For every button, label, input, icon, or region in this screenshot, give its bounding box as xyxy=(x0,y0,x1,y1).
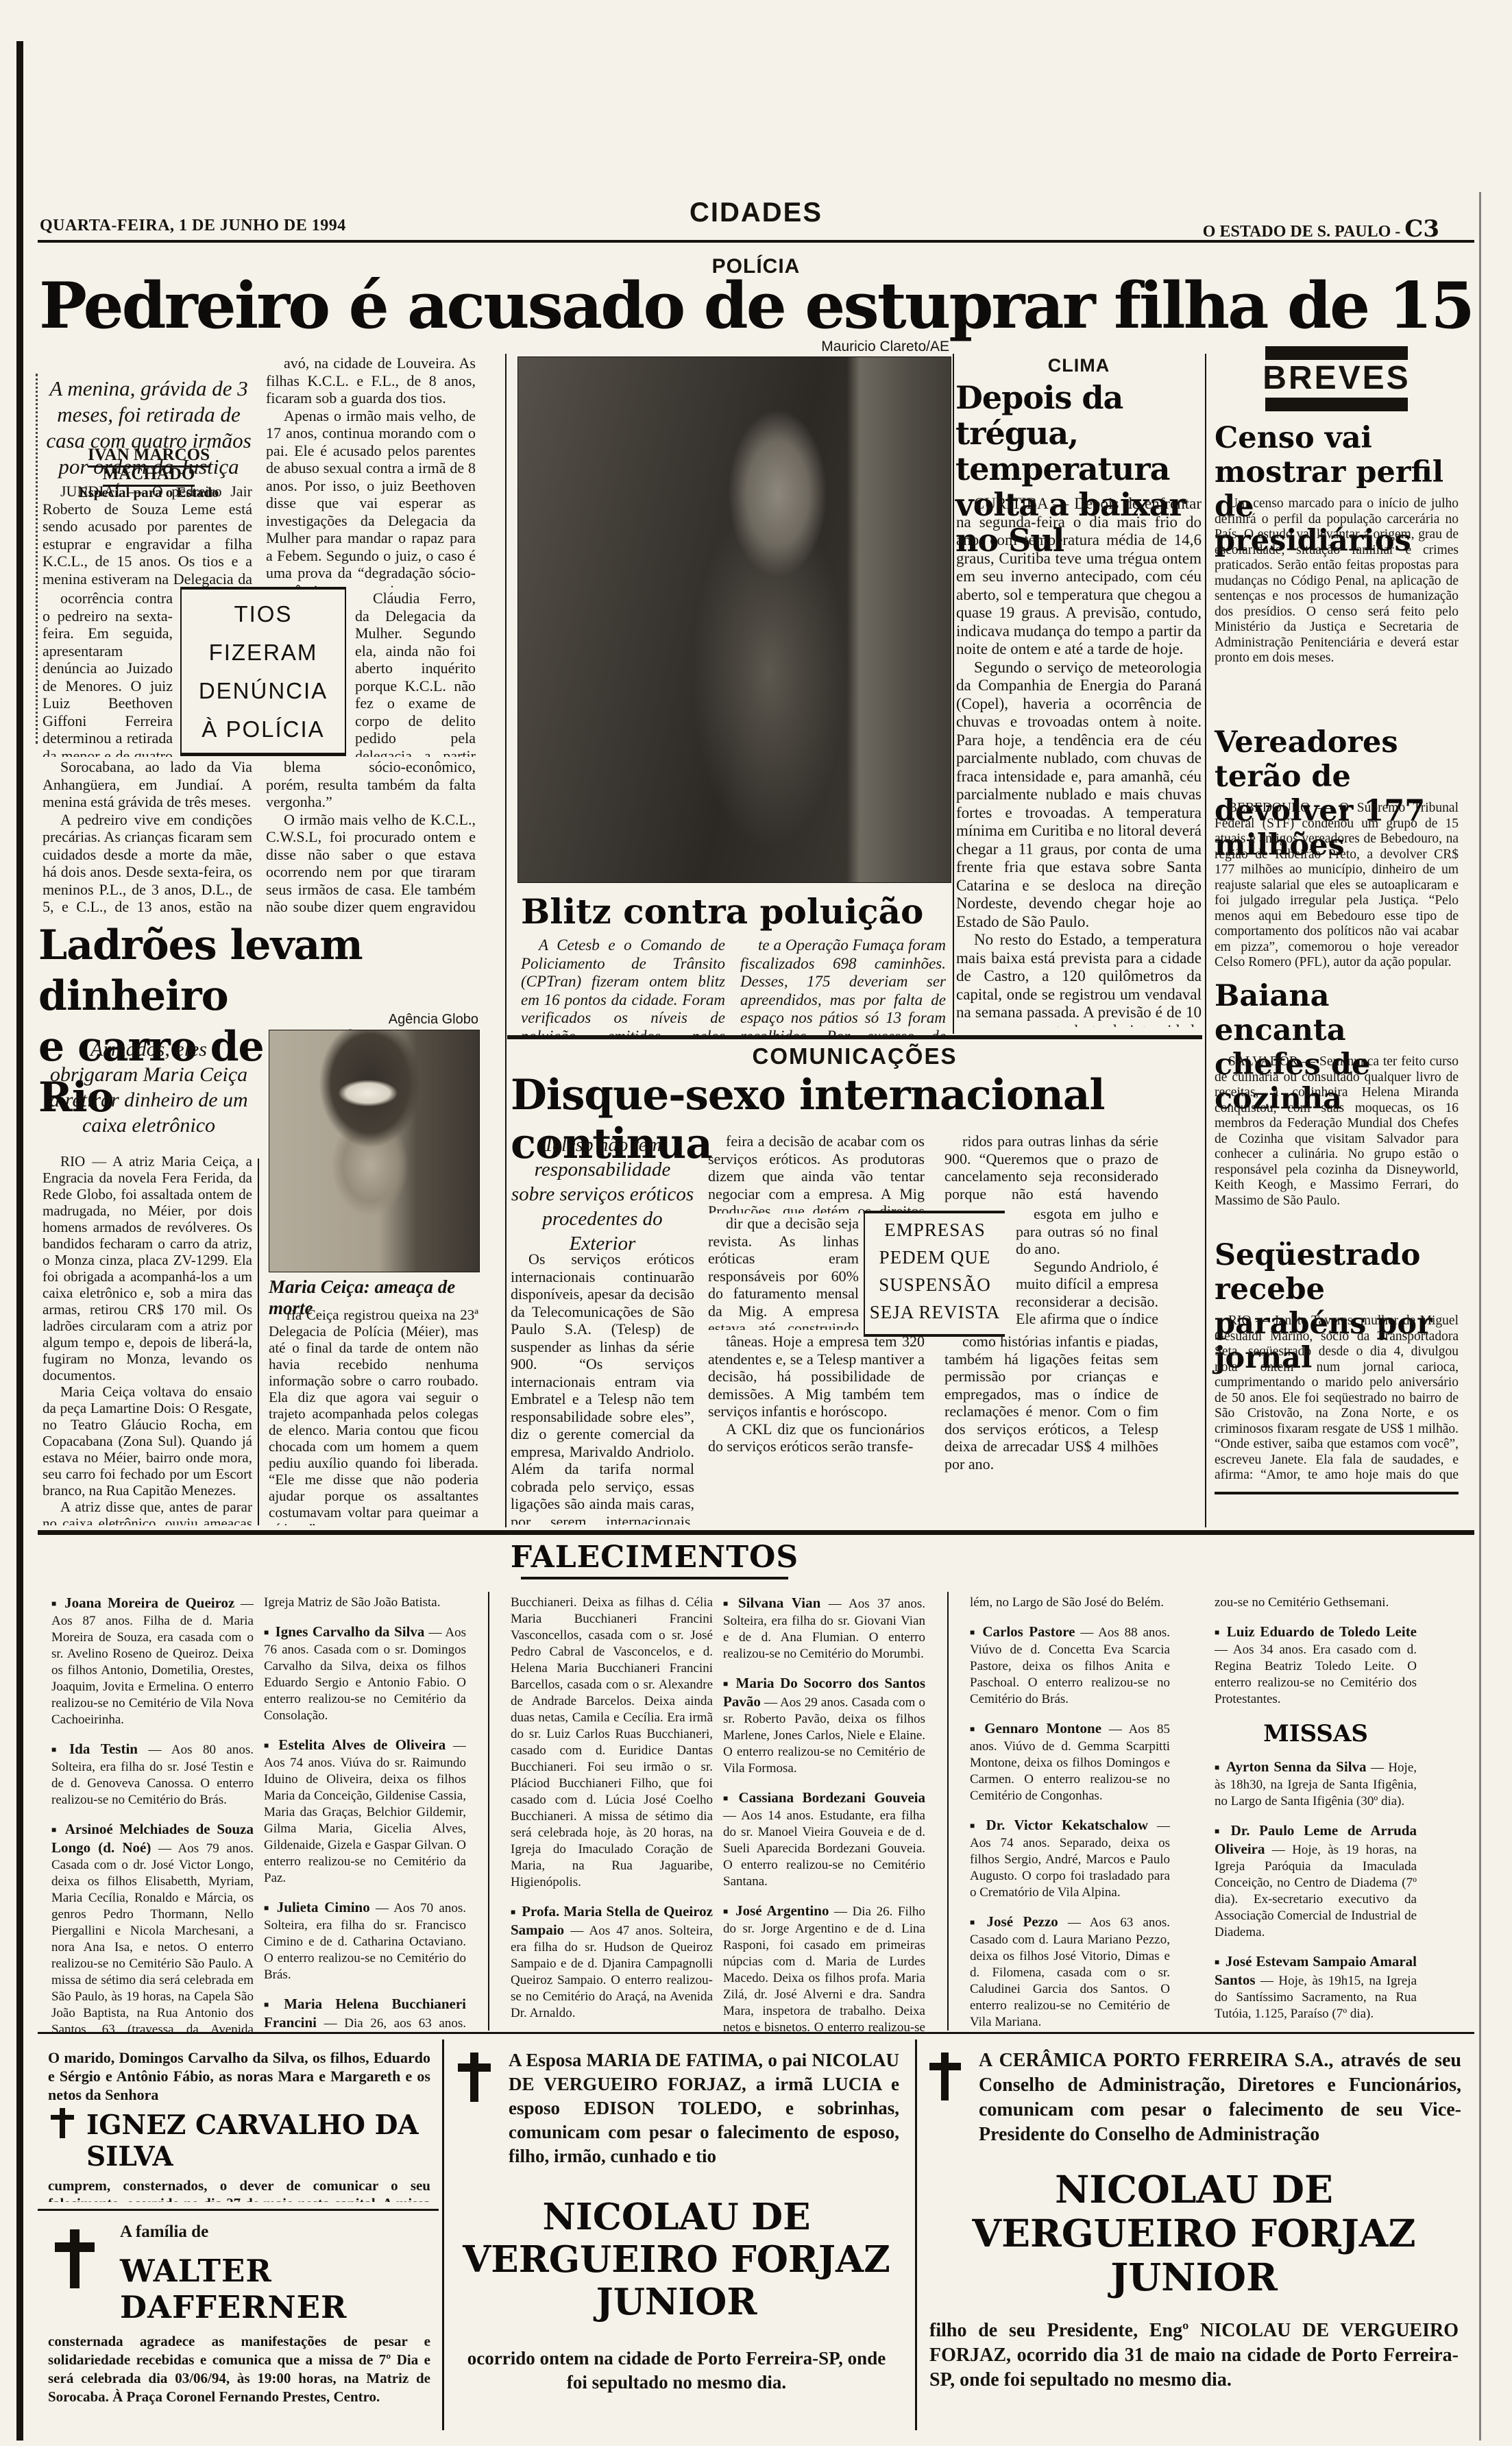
notice-ceramica: A CERÂMICA PORTO FERREIRA S.A., através … xyxy=(927,2048,1461,2427)
disque-col3-narrow: esgota em julho e para outras só no fina… xyxy=(1016,1205,1158,1330)
paragraph: Cláudia Ferro, da Delegacia da Mulher. S… xyxy=(355,590,476,757)
paragraph: CURITIBA — Depois de enfrentar na segund… xyxy=(956,495,1202,659)
ladroes-col2: ria Ceiça registrou queixa na 23ª Delega… xyxy=(269,1307,478,1525)
obituary-text: — Aos 34 anos. Era casado com d. Regina … xyxy=(1215,1643,1417,1706)
paragraph: RIO — Janete Tavares, mulher de Miguel G… xyxy=(1215,1313,1459,1482)
notice-walter: A família de WALTER DAFFERNER consternad… xyxy=(48,2221,430,2427)
pullquote-line: SEJA REVISTA xyxy=(865,1298,1005,1326)
obit-col2: Igreja Matriz de São João Batista.Ignes … xyxy=(264,1595,466,2033)
paragraph: Apenas o irmão mais velho, de 17 anos, c… xyxy=(266,407,476,589)
paragraph: como histórias infantis e piadas, também… xyxy=(944,1333,1158,1473)
paragraph: Segundo Andriolo, é muito difícil a empr… xyxy=(1016,1258,1158,1331)
cross-icon xyxy=(55,2229,95,2288)
paragraph: tâneas. Hoje a empresa tem 320 atendente… xyxy=(708,1333,925,1420)
paragraph: avó, na cidade de Louveira. As filhas K.… xyxy=(266,354,476,407)
notice-forjaz: A Esposa MARIA DE FATIMA, o pai NICOLAU … xyxy=(454,2048,899,2427)
missas-title: MISSAS xyxy=(1215,1720,1417,1747)
missa-item: Dr. Paulo Leme de Arruda Oliveira — Hoje… xyxy=(1215,1822,1417,1941)
pullquote-line: PEDEM QUE xyxy=(865,1244,1005,1271)
paragraph: O irmão mais velho de K.C.L., C.W.S.L, f… xyxy=(266,811,476,915)
obituary-text: — Aos 14 anos. Estudante, era filha do s… xyxy=(723,1808,925,1889)
ladroes-col1: RIO — A atriz Maria Ceiça, a Engracia da… xyxy=(42,1153,252,1525)
bullet-icon xyxy=(1215,1955,1226,1970)
paragraph: Maria Ceiça voltava do ensaio da peça La… xyxy=(42,1383,252,1499)
bullet-icon xyxy=(970,1625,982,1640)
notice-ignez: O marido, Domingos Carvalho da Silva, os… xyxy=(48,2048,430,2202)
paragraph: JUNDIAÍ — O pedreiro Jair Roberto de Sou… xyxy=(42,483,252,590)
bullet-icon xyxy=(1215,1625,1227,1640)
missas-list: Ayrton Senna da Silva — Hoje, às 18h30, … xyxy=(1215,1758,1417,2033)
missa-item: Ayrton Senna da Silva — Hoje, às 18h30, … xyxy=(1215,1758,1417,1810)
paragraph: RIO — A atriz Maria Ceiça, a Engracia da… xyxy=(42,1153,252,1383)
falecimentos-title-underline xyxy=(521,1577,788,1579)
obituary-item: José Pezzo — Aos 63 anos. Casado com d. … xyxy=(970,1913,1170,2031)
obituary-item: Carlos Pastore — Aos 88 anos. Viúvo de d… xyxy=(970,1623,1170,1708)
paragraph: BEBEDOURO — O Supremo Tribunal Federal (… xyxy=(1215,801,1459,971)
obituary-name: Estelita Alves de Oliveira xyxy=(278,1736,446,1753)
notice-divider-v xyxy=(915,2039,917,2430)
article-col1-narrow: ocorrência contra o pedreiro na sexta-fe… xyxy=(42,590,173,757)
bullet-icon xyxy=(264,1901,277,1915)
falecimentos-top-rule xyxy=(38,1530,1474,1535)
bullet-icon xyxy=(970,1722,984,1736)
paragraph: A atriz disse que, antes de parar no cai… xyxy=(42,1499,252,1525)
ladroes-photo-credit: Agência Globo xyxy=(302,1012,478,1028)
article-col1-b: Sorocabana, ao lado da Via Anhangüera, e… xyxy=(42,758,252,915)
notice-divider-h xyxy=(38,2209,439,2211)
obituary-text: — Aos 87 anos. Filha de d. Maria Moreira… xyxy=(51,1597,254,1727)
obituary-name: Julieta Cimino xyxy=(277,1899,370,1915)
notice-name: WALTER DAFFERNER xyxy=(120,2253,430,2325)
ladroes-headline-line1: Ladrões levam dinheiro xyxy=(38,921,363,1020)
article-col2-a: avó, na cidade de Louveira. As filhas K.… xyxy=(266,354,476,588)
header-rule xyxy=(38,240,1474,243)
clima-body: CURITIBA — Depois de enfrentar na segund… xyxy=(956,495,1202,1027)
pullquote-line: SUSPENSÃO xyxy=(865,1271,1005,1298)
obit-column-rule xyxy=(488,1592,489,2031)
paper-name-text: O ESTADO DE S. PAULO - xyxy=(1203,223,1400,241)
notice-name: NICOLAU DE VERGUEIRO FORJAZ JUNIOR xyxy=(454,2196,899,2323)
disque-col3-b: como histórias infantis e piadas, também… xyxy=(944,1333,1158,1525)
newspaper-page: QUARTA-FEIRA, 1 DE JUNHO DE 1994 CIDADES… xyxy=(0,0,1512,2446)
bullet-icon xyxy=(51,1743,69,1757)
article-col2-narrow: Cláudia Ferro, da Delegacia da Mulher. S… xyxy=(355,590,476,757)
obituary-item: Ignes Carvalho da Silva — Aos 76 anos. C… xyxy=(264,1623,466,1724)
paragraph: No resto do Estado, a temperatura mais b… xyxy=(956,931,1202,1027)
obituary-item: Igreja Matriz de São João Batista. xyxy=(264,1595,466,1611)
obituary-item: Bucchianeri. Deixa as filhas d. Célia Ma… xyxy=(511,1595,713,1891)
blitz-col2: te a Operação Fumaça foram fiscalizados … xyxy=(740,936,946,1037)
obituary-item: Maria Helena Bucchianeri Francini — Dia … xyxy=(264,1996,466,2033)
breves-bar-top xyxy=(1265,346,1408,360)
paragraph: Os serviços eróticos internacionais cont… xyxy=(511,1250,694,1525)
bullet-icon xyxy=(51,1823,65,1837)
ladroes-photo xyxy=(269,1030,480,1272)
obituary-item: Silvana Vian — Aos 37 anos. Solteira, er… xyxy=(723,1595,925,1662)
paragraph: Um censo marcado para o início de julho … xyxy=(1215,496,1459,666)
obituary-text: Igreja Matriz de São João Batista. xyxy=(264,1595,440,1610)
obituary-text: — Aos 76 anos. Casada com o sr. Domingos… xyxy=(264,1625,466,1723)
breves-item3-body: SALVADOR — Sem nunca ter feito curso de … xyxy=(1215,1054,1459,1234)
bullet-icon xyxy=(511,1905,522,1920)
breves-item4-body: RIO — Janete Tavares, mulher de Miguel G… xyxy=(1215,1313,1459,1482)
notice-intro: A CERÂMICA PORTO FERREIRA S.A., através … xyxy=(979,2048,1461,2147)
disque-col3-a: ridos para outras linhas da série 900. “… xyxy=(944,1133,1158,1202)
obituary-text: — Dia 26. Filho do sr. Jorge Argentino e… xyxy=(723,1904,925,2033)
obituary-name: Ida Testin xyxy=(69,1741,138,1757)
obituary-item: Dr. Victor Kekatschalow — Aos 74 anos. S… xyxy=(970,1817,1170,1901)
missa-text: — Hoje, às 19 horas, na Igreja Paróquia … xyxy=(1215,1843,1417,1939)
obit-col4: Silvana Vian — Aos 37 anos. Solteira, er… xyxy=(723,1595,925,2033)
cross-icon xyxy=(929,2053,961,2100)
obituary-name: Carlos Pastore xyxy=(982,1623,1075,1640)
clima-kicker: CLIMA xyxy=(956,355,1202,376)
obit-col3: Bucchianeri. Deixa as filhas d. Célia Ma… xyxy=(511,1595,713,2033)
cross-icon xyxy=(458,2053,491,2102)
breves-item1-body: Um censo marcado para o início de julho … xyxy=(1215,496,1459,699)
pullquote-line: À POLÍCIA xyxy=(182,710,345,749)
breves-item2-body: BEBEDOURO — O Supremo Tribunal Federal (… xyxy=(1215,801,1459,976)
obituary-name: Luiz Eduardo de Toledo Leite xyxy=(1227,1623,1417,1640)
obituary-item: lém, no Largo de São José do Belém. xyxy=(970,1595,1170,1611)
paragraph: te a Operação Fumaça foram fiscalizados … xyxy=(740,936,946,1037)
bullet-icon xyxy=(970,1819,986,1833)
article-col1-a: JUNDIAÍ — O pedreiro Jair Roberto de Sou… xyxy=(42,483,252,590)
pullquote-line: FIZERAM xyxy=(182,633,345,672)
obituary-name: José Pezzo xyxy=(987,1913,1058,1930)
obituary-item: Cassiana Bordezani Gouveia — Aos 14 anos… xyxy=(723,1789,925,1890)
obituary-name: Silvana Vian xyxy=(738,1595,820,1611)
notice-body: ocorrido ontem na cidade de Porto Ferrei… xyxy=(461,2347,892,2395)
dotted-margin-rule xyxy=(36,374,38,744)
main-photo-credit: Mauricio Clareto/AE xyxy=(713,339,949,355)
cross-icon xyxy=(51,2108,74,2138)
obituary-text: — Aos 63 anos. Casado com d. Laura Maria… xyxy=(970,1915,1170,2029)
obituary-item: Julieta Cimino — Aos 70 anos. Solteira, … xyxy=(264,1899,466,1983)
obit-col5: lém, no Largo de São José do Belém.Carlo… xyxy=(970,1595,1170,2033)
paragraph: Segundo o serviço de meteorologia da Com… xyxy=(956,659,1202,932)
bullet-icon xyxy=(264,1998,284,2012)
obituary-item: Luiz Eduardo de Toledo Leite — Aos 34 an… xyxy=(1215,1623,1417,1708)
obit-col6: zou-se no Cemitério Gethsemani.Luiz Edua… xyxy=(1215,1595,1417,2033)
paragraph: esgota em julho e para outras só no fina… xyxy=(1016,1205,1158,1258)
disque-col1: Os serviços eróticos internacionais cont… xyxy=(511,1250,694,1525)
notices-top-rule xyxy=(38,2032,1474,2034)
notice-divider-v xyxy=(442,2039,444,2430)
paper-name: O ESTADO DE S. PAULO - C3 xyxy=(1028,215,1439,243)
disque-pullquote-box: EMPRESASPEDEM QUESUSPENSÃOSEJA REVISTA xyxy=(864,1211,1005,1337)
obituary-item: Maria Do Socorro dos Santos Pavão — Aos … xyxy=(723,1675,925,1777)
page-number: C3 xyxy=(1404,215,1439,243)
pullquote-line: TIOS xyxy=(182,595,345,633)
paragraph: blema sócio-econômico, porém, resulta ta… xyxy=(266,758,476,811)
notice-name: NICOLAU DE VERGUEIRO FORJAZ JUNIOR xyxy=(927,2168,1461,2299)
obituary-text: — Aos 79 anos. Casada com o dr. José Vic… xyxy=(51,1841,254,2033)
blitz-col1: A Cetesb e o Comando de Policiamento de … xyxy=(521,936,725,1037)
bullet-icon xyxy=(723,1904,735,1919)
disque-col2-narrow: dir que a decisão seja revista. As linha… xyxy=(708,1215,859,1330)
main-photo xyxy=(517,356,951,883)
article-col2-b: blema sócio-econômico, porém, resulta ta… xyxy=(266,758,476,915)
bullet-icon xyxy=(723,1597,738,1611)
breves-bar-bottom xyxy=(1265,398,1408,411)
paragraph: ocorrência contra o pedreiro na sexta-fe… xyxy=(42,590,173,757)
falecimentos-title: FALECIMENTOS xyxy=(380,1540,929,1575)
paragraph: Sorocabana, ao lado da Via Anhangüera, e… xyxy=(42,758,252,811)
paragraph: SALVADOR — Sem nunca ter feito curso de … xyxy=(1215,1054,1459,1209)
obituary-item: José Argentino — Dia 26. Filho do sr. Jo… xyxy=(723,1902,925,2033)
obituary-item: Arsinoé Melchiades de Souza Longo (d. No… xyxy=(51,1821,254,2033)
pullquote-line: EMPRESAS xyxy=(865,1216,1005,1244)
missa-item: José Estevam Sampaio Amaral Santos — Hoj… xyxy=(1215,1953,1417,2022)
obituary-name: Cassiana Bordezani Gouveia xyxy=(739,1789,925,1806)
paragraph: A Cetesb e o Comando de Policiamento de … xyxy=(521,936,725,1037)
paragraph: dir que a decisão seja revista. As linha… xyxy=(708,1215,859,1330)
bullet-icon xyxy=(723,1677,736,1691)
missa-name: Ayrton Senna da Silva xyxy=(1226,1758,1367,1775)
paragraph: ridos para outras linhas da série 900. “… xyxy=(944,1133,1158,1202)
notice-body: filho de seu Presidente, Engº NICOLAU DE… xyxy=(929,2318,1459,2393)
disque-col2-a: feira a decisão de acabar com os serviço… xyxy=(708,1133,925,1213)
column-rule xyxy=(1205,354,1206,1527)
bullet-icon xyxy=(970,1915,987,1930)
disque-col2-b: tâneas. Hoje a empresa tem 320 atendente… xyxy=(708,1333,925,1525)
notice-body: cumprem, consternados, o dever de comuni… xyxy=(48,2177,430,2202)
notice-intro: A Esposa MARIA DE FATIMA, o pai NICOLAU … xyxy=(509,2048,899,2168)
paragraph: A CKL diz que os funcionários do serviço… xyxy=(708,1420,925,1455)
obituary-text: lém, no Largo de São José do Belém. xyxy=(970,1595,1164,1610)
paragraph: ria Ceiça registrou queixa na 23ª Delega… xyxy=(269,1307,478,1525)
ladroes-subtitle: Armados, eles obrigaram Maria Ceiça a re… xyxy=(45,1037,252,1138)
paragraph: feira a decisão de acabar com os serviço… xyxy=(708,1133,925,1213)
obituary-name: Dr. Victor Kekatschalow xyxy=(986,1817,1148,1833)
obituary-name: Gennaro Montone xyxy=(984,1720,1101,1736)
obituary-name: José Argentino xyxy=(735,1902,829,1919)
notice-lead: A família de xyxy=(120,2223,430,2242)
bullet-icon xyxy=(51,1597,64,1611)
breves-title: BREVES xyxy=(1215,359,1459,397)
obituary-item: Joana Moreira de Queiroz — Aos 87 anos. … xyxy=(51,1595,254,1728)
notice-name: IGNEZ CARVALHO DA SILVA xyxy=(86,2109,419,2172)
bullet-icon xyxy=(723,1791,739,1806)
column-rule xyxy=(505,354,507,1527)
notice-intro: O marido, Domingos Carvalho da Silva, os… xyxy=(48,2048,430,2104)
obit-col6-list: zou-se no Cemitério Gethsemani.Luiz Edua… xyxy=(1215,1595,1417,1708)
obituary-item: Gennaro Montone — Aos 85 anos. Viúvo de … xyxy=(970,1720,1170,1804)
obituary-text: — Aos 74 anos. Viúva do sr. Raimundo Idu… xyxy=(264,1739,466,1885)
blitz-headline: Blitz contra poluição xyxy=(521,891,946,932)
obituary-item: Profa. Maria Stella de Queiroz Sampaio —… xyxy=(511,1903,713,2022)
obituary-item: Ida Testin — Aos 80 anos. Solteira, era … xyxy=(51,1741,254,1808)
obituary-text: Bucchianeri. Deixa as filhas d. Célia Ma… xyxy=(511,1595,713,1889)
column-rule xyxy=(953,354,954,1034)
pullquote-line: DENÚNCIA xyxy=(182,672,345,710)
obituary-name: Ignes Carvalho da Silva xyxy=(276,1623,425,1640)
obituary-text: zou-se no Cemitério Gethsemani. xyxy=(1215,1595,1389,1610)
obituary-item: Estelita Alves de Oliveira — Aos 74 anos… xyxy=(264,1736,466,1887)
page-right-edge xyxy=(1479,192,1481,2441)
notice-body: consternada agradece as manifestações de… xyxy=(48,2332,430,2406)
disque-subtitle: Telesp não tem responsabilidade sobre se… xyxy=(511,1133,694,1256)
comunicacoes-kicker: COMUNICAÇÕES xyxy=(507,1043,1202,1069)
column-rule xyxy=(258,1159,259,1525)
obit-col1: Joana Moreira de Queiroz — Aos 87 anos. … xyxy=(51,1595,254,2033)
obituary-name: Joana Moreira de Queiroz xyxy=(64,1595,234,1611)
bullet-icon xyxy=(264,1625,276,1640)
paragraph: A pedreiro vive em condições precárias. … xyxy=(42,811,252,915)
pullquote-box: TIOSFIZERAMDENÚNCIAÀ POLÍCIA xyxy=(180,587,346,756)
obituary-text: — Aos 47 anos. Solteira, era filha do sr… xyxy=(511,1924,713,2020)
obit-column-rule xyxy=(947,1592,949,2031)
bullet-icon xyxy=(1215,1760,1226,1775)
bullet-icon xyxy=(1215,1824,1231,1839)
obituary-item: zou-se no Cemitério Gethsemani. xyxy=(1215,1595,1417,1611)
breves-bottom-rule xyxy=(1215,1492,1459,1494)
bullet-icon xyxy=(264,1739,278,1753)
byline-name: IVAN MARCOS MACHADO xyxy=(88,446,210,487)
comunicacoes-rule xyxy=(507,1035,1202,1039)
